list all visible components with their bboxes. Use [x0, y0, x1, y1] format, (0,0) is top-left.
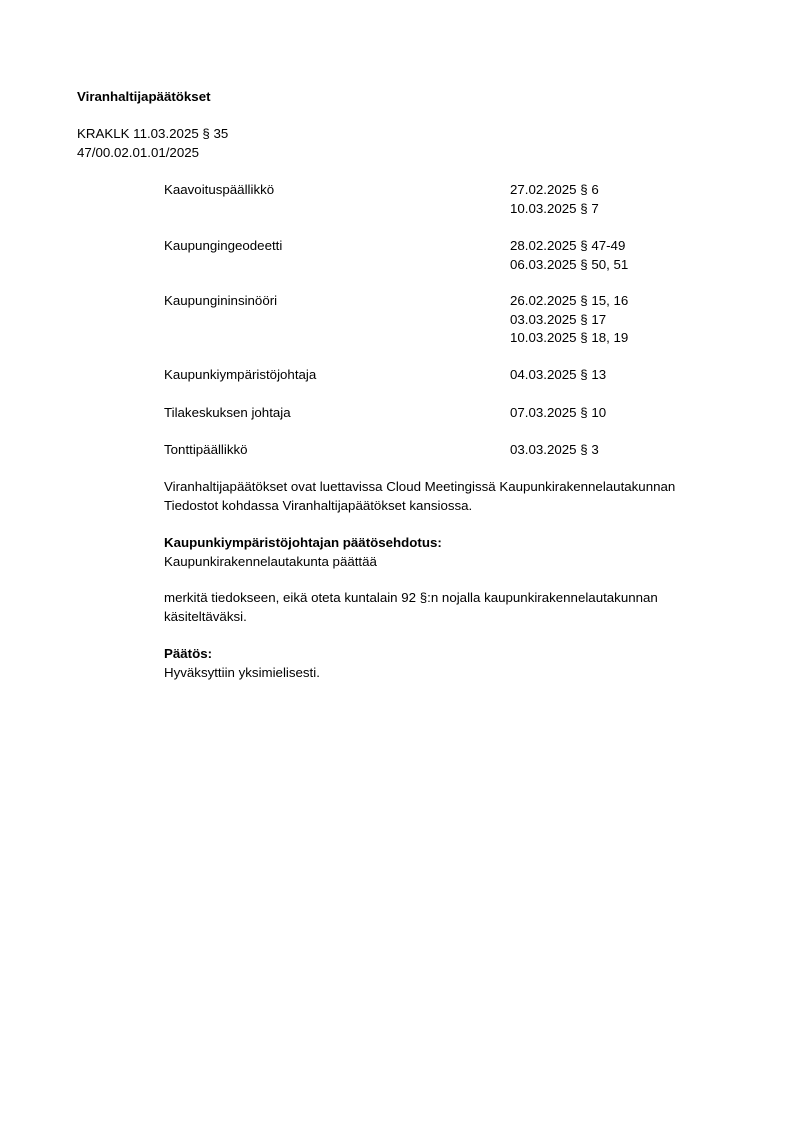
decision-dates: 04.03.2025 § 13: [510, 366, 606, 385]
decision-date: 03.03.2025 § 3: [510, 441, 599, 460]
proposal-line: käsiteltäväksi.: [164, 608, 744, 627]
decision-section: Päätös: Hyväksyttiin yksimielisesti.: [164, 645, 744, 682]
decision-heading: Päätös:: [164, 645, 744, 664]
decision-text: Hyväksyttiin yksimielisesti.: [164, 664, 744, 683]
decision-role: Kaavoituspäällikkö: [164, 181, 274, 200]
decision-role: Kaupungininsinööri: [164, 292, 277, 311]
availability-line: Viranhaltijapäätökset ovat luettavissa C…: [164, 478, 744, 497]
decision-role: Kaupungingeodeetti: [164, 237, 282, 256]
decision-date: 10.03.2025 § 18, 19: [510, 329, 628, 348]
proposal-text: merkitä tiedokseen, eikä oteta kuntalain…: [164, 589, 744, 626]
proposal-section: Kaupunkiympäristöjohtajan päätösehdotus:…: [164, 534, 744, 571]
proposal-heading: Kaupunkiympäristöjohtajan päätösehdotus:: [164, 534, 744, 553]
meeting-reference: KRAKLK 11.03.2025 § 35: [77, 125, 228, 143]
proposal-intro: Kaupunkirakennelautakunta päättää: [164, 553, 744, 572]
decision-dates: 27.02.2025 § 6 10.03.2025 § 7: [510, 181, 599, 218]
availability-paragraph: Viranhaltijapäätökset ovat luettavissa C…: [164, 478, 744, 515]
document-page: Viranhaltijapäätökset KRAKLK 11.03.2025 …: [0, 0, 794, 1122]
diary-number: 47/00.02.01.01/2025: [77, 144, 199, 162]
decision-date: 27.02.2025 § 6: [510, 181, 599, 200]
availability-line: Tiedostot kohdassa Viranhaltijapäätökset…: [164, 497, 744, 516]
document-title: Viranhaltijapäätökset: [77, 88, 211, 106]
decision-date: 07.03.2025 § 10: [510, 404, 606, 423]
proposal-line: merkitä tiedokseen, eikä oteta kuntalain…: [164, 589, 744, 608]
decision-date: 28.02.2025 § 47-49: [510, 237, 628, 256]
decision-date: 26.02.2025 § 15, 16: [510, 292, 628, 311]
decision-dates: 07.03.2025 § 10: [510, 404, 606, 423]
decision-role: Kaupunkiympäristöjohtaja: [164, 366, 316, 385]
decision-date: 06.03.2025 § 50, 51: [510, 256, 628, 275]
decision-date: 10.03.2025 § 7: [510, 200, 599, 219]
decision-date: 03.03.2025 § 17: [510, 311, 628, 330]
decision-dates: 03.03.2025 § 3: [510, 441, 599, 460]
decision-role: Tilakeskuksen johtaja: [164, 404, 291, 423]
decision-dates: 28.02.2025 § 47-49 06.03.2025 § 50, 51: [510, 237, 628, 274]
decision-date: 04.03.2025 § 13: [510, 366, 606, 385]
decision-dates: 26.02.2025 § 15, 16 03.03.2025 § 17 10.0…: [510, 292, 628, 348]
decision-role: Tonttipäällikkö: [164, 441, 248, 460]
